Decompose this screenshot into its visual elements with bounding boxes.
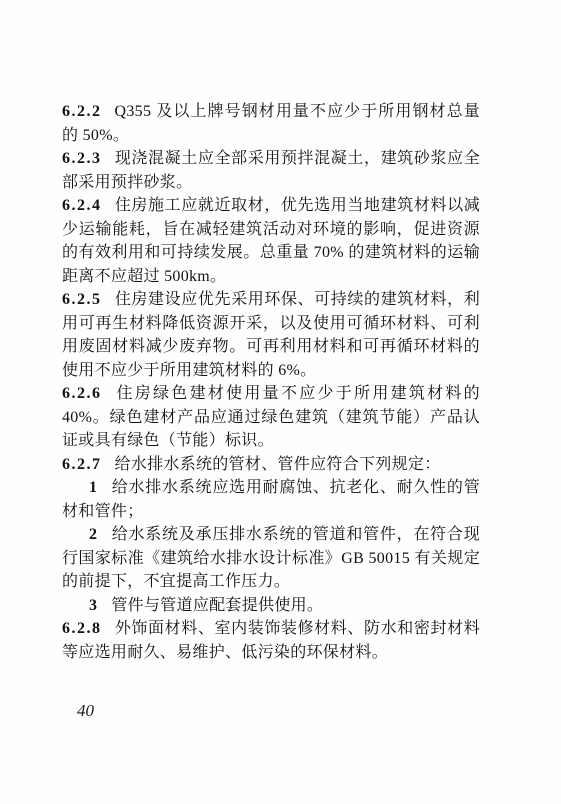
clause-6-2-5: 6.2.5住房建设应优先采用环保、可持续的建筑材料，利用可再生材料降低资源开采，…: [62, 288, 480, 382]
clause-number: 6.2.6: [62, 385, 102, 402]
clause-text: 住房绿色建材使用量不应少于所用建筑材料的 40%。绿色建材产品应通过绿色建筑（建…: [62, 385, 480, 449]
clause-number: 6.2.3: [62, 150, 102, 167]
clause-6-2-7-item-2: 2给水系统及承压排水系统的管道和管件，在符合现行国家标准《建筑给水排水设计标准》…: [62, 523, 480, 594]
clause-text: 外饰面材料、室内装饰装修材料、防水和密封材料等应选用耐久、易维护、低污染的环保材…: [62, 620, 480, 661]
document-page: 6.2.2Q355 及以上牌号钢材用量不应少于所用钢材总量的 50%。 6.2.…: [0, 0, 561, 804]
clause-number: 6.2.4: [62, 197, 102, 214]
clause-number: 6.2.7: [62, 456, 102, 473]
clause-text: 现浇混凝土应全部采用预拌混凝土，建筑砂浆应全部采用预拌砂浆。: [62, 150, 480, 191]
clause-text: Q355 及以上牌号钢材用量不应少于所用钢材总量的 50%。: [62, 103, 480, 144]
item-text: 管件与管道应配套提供使用。: [111, 597, 323, 614]
clause-6-2-7-item-1: 1给水排水系统应选用耐腐蚀、抗老化、耐久性的管材和管件；: [62, 476, 480, 523]
clause-number: 6.2.2: [62, 103, 102, 120]
clause-number: 6.2.8: [62, 620, 102, 637]
clause-6-2-2: 6.2.2Q355 及以上牌号钢材用量不应少于所用钢材总量的 50%。: [62, 100, 480, 147]
clause-number: 6.2.5: [62, 291, 102, 308]
clause-6-2-8: 6.2.8外饰面材料、室内装饰装修材料、防水和密封材料等应选用耐久、易维护、低污…: [62, 617, 480, 664]
clause-6-2-7-item-3: 3管件与管道应配套提供使用。: [62, 594, 480, 618]
item-text: 给水系统及承压排水系统的管道和管件，在符合现行国家标准《建筑给水排水设计标准》G…: [62, 526, 480, 590]
clause-6-2-3: 6.2.3现浇混凝土应全部采用预拌混凝土，建筑砂浆应全部采用预拌砂浆。: [62, 147, 480, 194]
clause-text: 住房建设应优先采用环保、可持续的建筑材料，利用可再生材料降低资源开采，以及使用可…: [62, 291, 480, 379]
document-body: 6.2.2Q355 及以上牌号钢材用量不应少于所用钢材总量的 50%。 6.2.…: [62, 100, 480, 664]
clause-text: 住房施工应就近取材，优先选用当地建筑材料以减少运输能耗，旨在减轻建筑活动对环境的…: [62, 197, 480, 285]
page-number: 40: [77, 701, 94, 721]
item-number: 1: [89, 479, 97, 496]
clause-text: 给水排水系统的管材、管件应符合下列规定：: [115, 456, 441, 473]
item-number: 3: [89, 597, 97, 614]
item-number: 2: [89, 526, 97, 543]
item-text: 给水排水系统应选用耐腐蚀、抗老化、耐久性的管材和管件；: [62, 479, 480, 520]
clause-6-2-7: 6.2.7给水排水系统的管材、管件应符合下列规定：: [62, 453, 480, 477]
clause-6-2-6: 6.2.6住房绿色建材使用量不应少于所用建筑材料的 40%。绿色建材产品应通过绿…: [62, 382, 480, 453]
clause-6-2-4: 6.2.4住房施工应就近取材，优先选用当地建筑材料以减少运输能耗，旨在减轻建筑活…: [62, 194, 480, 288]
